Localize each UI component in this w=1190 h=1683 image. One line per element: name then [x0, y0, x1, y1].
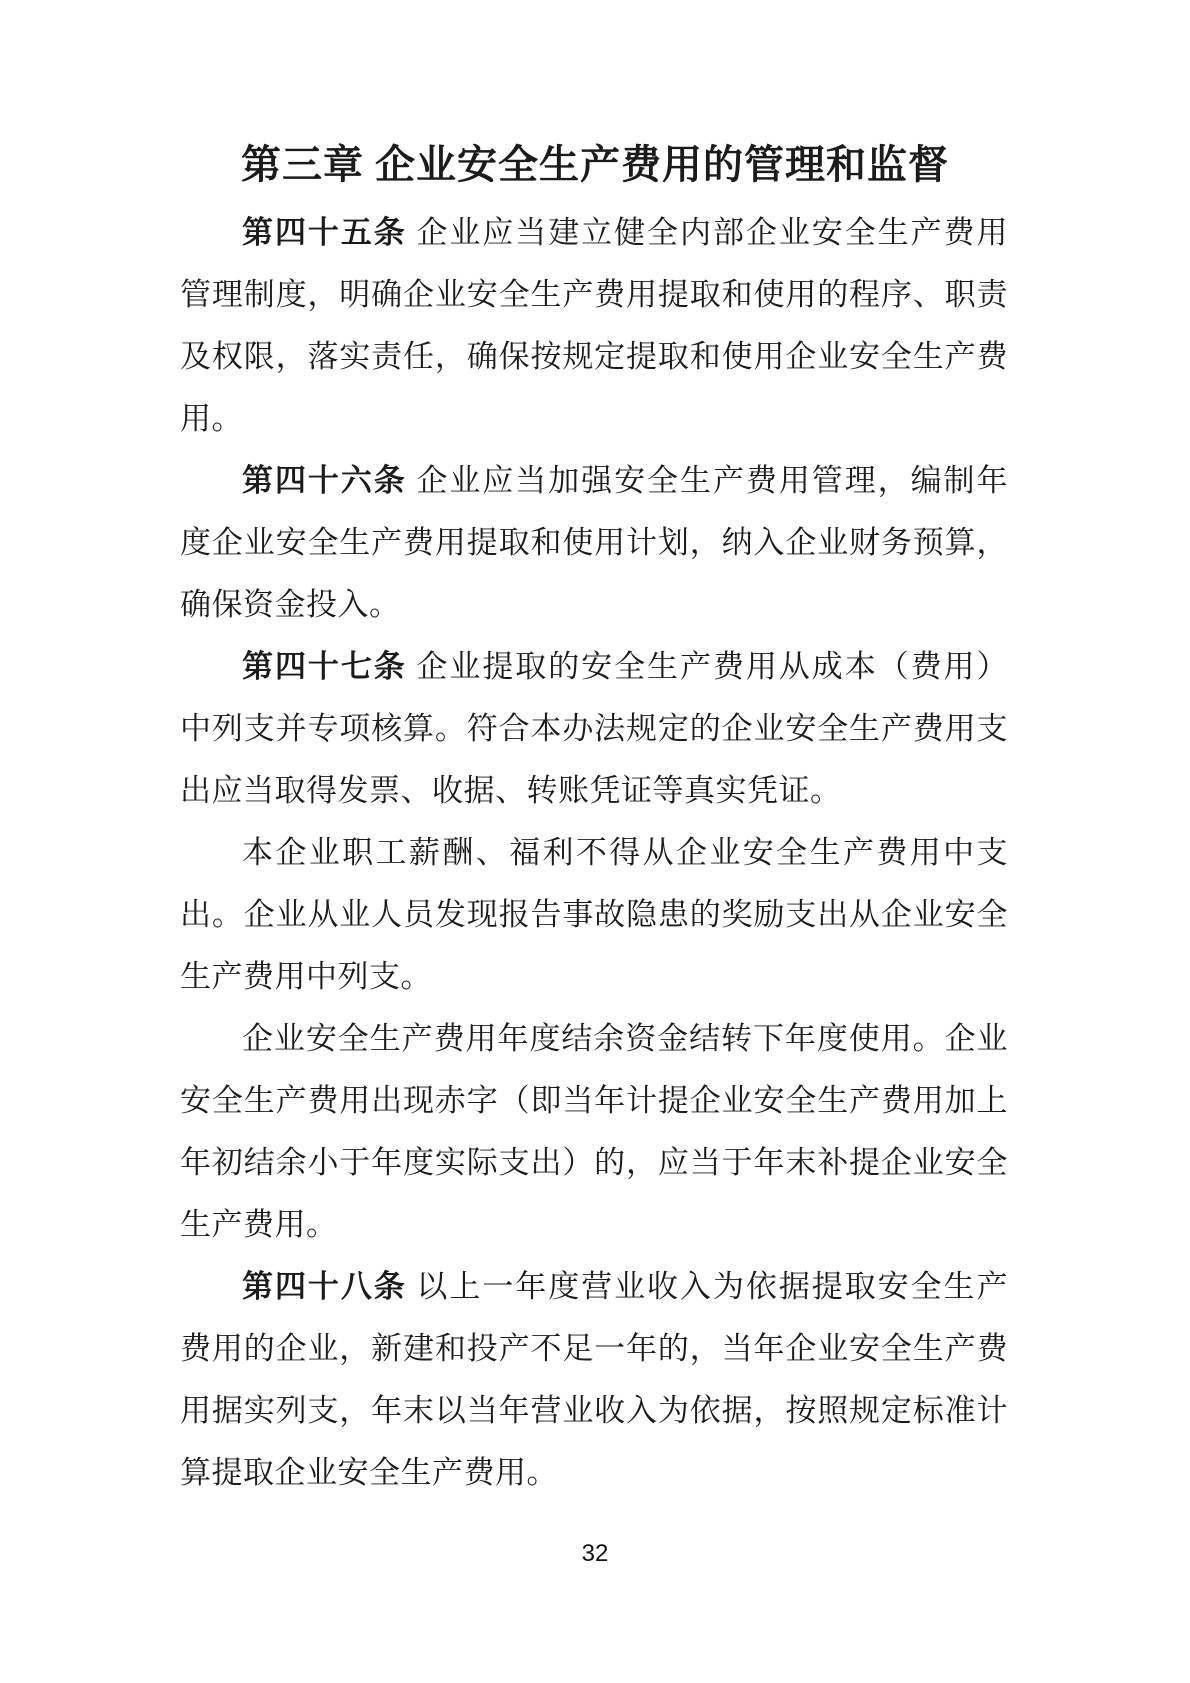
text-line: 年初结余小于年度实际支出）的，应当于年末补提企业安全: [180, 1132, 1008, 1194]
text-line: 费用的企业，新建和投产不足一年的，当年企业安全生产费: [180, 1318, 1008, 1380]
text-line: 生产费用中列支。: [180, 946, 1008, 1008]
text-line: 第四十五条 企业应当建立健全内部企业安全生产费用: [180, 202, 1008, 264]
paragraph: 第四十七条 企业提取的安全生产费用从成本（费用）中列支并专项核算。符合本办法规定…: [180, 636, 1008, 822]
text-line: 度企业安全生产费用提取和使用计划，纳入企业财务预算，: [180, 512, 1008, 574]
text-line: 管理制度，明确企业安全生产费用提取和使用的程序、职责: [180, 264, 1008, 326]
paragraph: 第四十八条 以上一年度营业收入为依据提取安全生产费用的企业，新建和投产不足一年的…: [180, 1256, 1008, 1504]
article-heading: 第四十六条: [242, 463, 407, 498]
chapter-title: 第三章 企业安全生产费用的管理和监督: [0, 134, 1190, 196]
article-heading: 第四十五条: [242, 215, 407, 250]
text-line: 用。: [180, 388, 1008, 450]
text-line: 安全生产费用出现赤字（即当年计提企业安全生产费用加上: [180, 1070, 1008, 1132]
article-heading: 第四十八条: [242, 1269, 407, 1304]
paragraph: 企业安全生产费用年度结余资金结转下年度使用。企业安全生产费用出现赤字（即当年计提…: [180, 1008, 1008, 1256]
document-page: 第三章 企业安全生产费用的管理和监督 第四十五条 企业应当建立健全内部企业安全生…: [0, 0, 1190, 1683]
paragraph: 第四十五条 企业应当建立健全内部企业安全生产费用管理制度，明确企业安全生产费用提…: [180, 202, 1008, 450]
paragraph: 第四十六条 企业应当加强安全生产费用管理，编制年度企业安全生产费用提取和使用计划…: [180, 450, 1008, 636]
text-line: 用据实列支，年末以当年营业收入为依据，按照规定标准计: [180, 1380, 1008, 1442]
text-line: 出。企业从业人员发现报告事故隐患的奖励支出从企业安全: [180, 884, 1008, 946]
body-text: 第四十五条 企业应当建立健全内部企业安全生产费用管理制度，明确企业安全生产费用提…: [180, 202, 1008, 1504]
text-line: 第四十八条 以上一年度营业收入为依据提取安全生产: [180, 1256, 1008, 1318]
page-number: 32: [0, 1523, 1190, 1585]
text-line: 算提取企业安全生产费用。: [180, 1442, 1008, 1504]
text-line: 中列支并专项核算。符合本办法规定的企业安全生产费用支: [180, 698, 1008, 760]
text-line: 生产费用。: [180, 1194, 1008, 1256]
text-line: 第四十六条 企业应当加强安全生产费用管理，编制年: [180, 450, 1008, 512]
text-line: 出应当取得发票、收据、转账凭证等真实凭证。: [180, 760, 1008, 822]
text-line: 确保资金投入。: [180, 574, 1008, 636]
text-line: 企业安全生产费用年度结余资金结转下年度使用。企业: [180, 1008, 1008, 1070]
paragraph: 本企业职工薪酬、福利不得从企业安全生产费用中支出。企业从业人员发现报告事故隐患的…: [180, 822, 1008, 1008]
text-line: 第四十七条 企业提取的安全生产费用从成本（费用）: [180, 636, 1008, 698]
article-heading: 第四十七条: [242, 649, 407, 684]
text-line: 本企业职工薪酬、福利不得从企业安全生产费用中支: [180, 822, 1008, 884]
text-line: 及权限，落实责任，确保按规定提取和使用企业安全生产费: [180, 326, 1008, 388]
